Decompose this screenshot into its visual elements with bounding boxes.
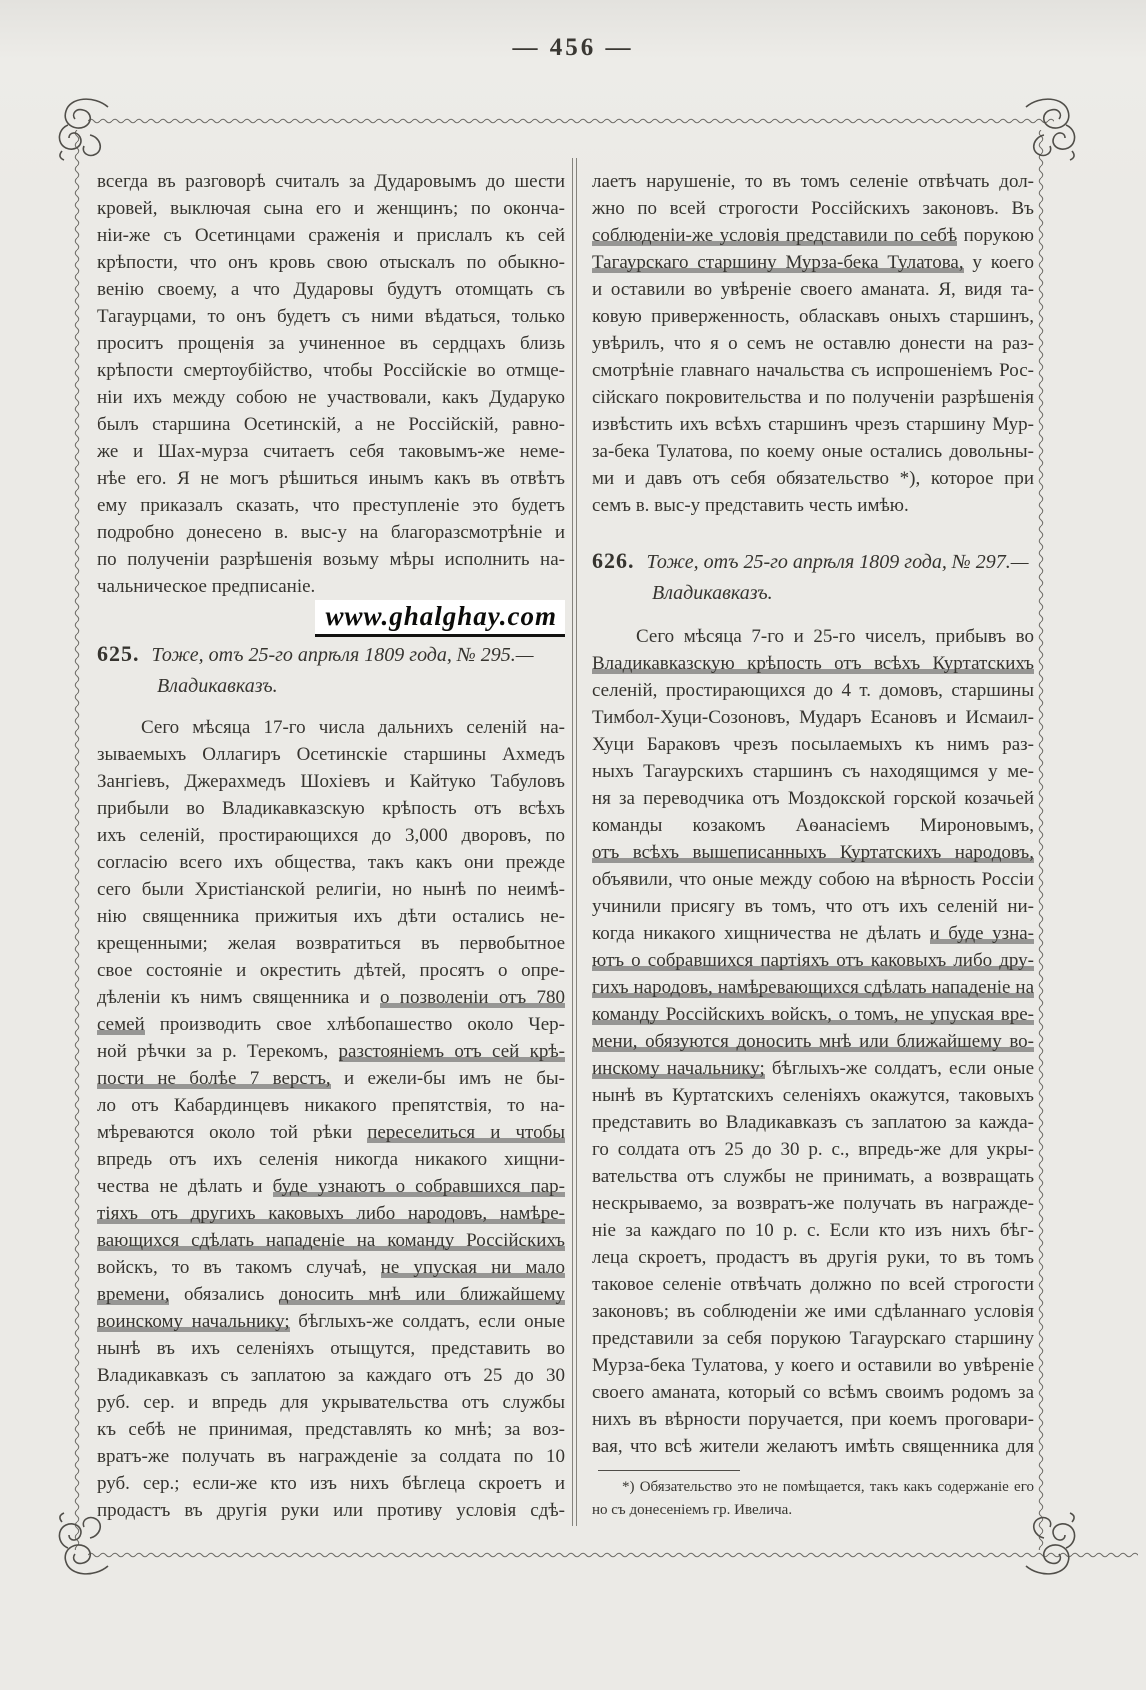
text-line: нескрываемо, за возвратъ-же получать въ … — [592, 1190, 1034, 1217]
section-number: 626. — [592, 548, 635, 573]
text-span: Зангіевъ, Джерахмедъ Шохіевъ и Кайтуко Т… — [97, 771, 565, 792]
pencil-underline-mark: отъ всѣхъ вышеписанныхъ Куртатскихъ наро… — [592, 842, 1034, 863]
text-span: впредь отъ ихъ селенія никогда никакого … — [97, 1149, 565, 1170]
pencil-underline-mark: ютъ о собравшихся партіяхъ отъ каковыхъ … — [592, 950, 1034, 971]
page-number: — 456 — — [0, 34, 1146, 62]
text-line: законовъ; въ соблюденіи же ими сдѣланнаг… — [592, 1298, 1034, 1325]
text-line: тіяхъ отъ другихъ каковыхъ либо народовъ… — [97, 1200, 565, 1227]
text-span: вательства отъ службы не принимать, а во… — [592, 1166, 1034, 1187]
text-line: сійскаго покровительства и по полученіи … — [592, 384, 1034, 411]
text-line: вательства отъ службы не принимать, а во… — [592, 1163, 1034, 1190]
text-line: ныхъ Тагаурскихъ старшинъ съ находящимся… — [592, 758, 1034, 785]
text-line: увѣрилъ, что я о семъ не оставлю донести… — [592, 330, 1034, 357]
text-span: чества не дѣлать и — [97, 1176, 273, 1197]
text-line: ня за переводчика отъ Моздокской горской… — [592, 785, 1034, 812]
text-line: леца скроетъ, продастъ въ другія руки, т… — [592, 1244, 1034, 1271]
section-place: Владикавказъ. — [592, 578, 1034, 609]
text-span: сего были Христіанской религіи, но нынѣ … — [97, 879, 565, 900]
column-divider — [572, 158, 577, 1526]
text-line: гихъ народовъ, намѣревающихся сдѣлать на… — [592, 974, 1034, 1001]
text-span: производить свое хлѣбопашество около Чер… — [145, 1014, 565, 1035]
text-span: нынѣ въ ихъ селеніяхъ отыщутся, представ… — [97, 1338, 565, 1359]
text-line: пости не болѣе 7 верстъ, и ежели-бы имъ … — [97, 1065, 565, 1092]
paragraph-continuation-right: лаетъ нарушеніе, то въ томъ селеніе отвѣ… — [592, 168, 1034, 519]
text-span: руб. сер. и впредь для укрывательства от… — [97, 1392, 565, 1413]
text-span: нихъ въ вѣрности поручается, при коемъ п… — [592, 1409, 1034, 1430]
text-line: представить во Владикавказъ съ заплатою … — [592, 1109, 1034, 1136]
text-span: Хуци Бараковъ чрезъ посылаемыхъ къ нимъ … — [592, 734, 1034, 755]
text-line: руб. сер.; если-же кто изъ нихъ бѣглеца … — [97, 1470, 565, 1497]
text-line: ніе за каждаго по 10 р. с. Если кто изъ … — [592, 1217, 1034, 1244]
text-line: извѣстить ихъ всѣхъ старшинъ чрезъ старш… — [592, 411, 1034, 438]
section-number: 625. — [97, 641, 140, 666]
text-span: учинили присягу въ томъ, что отъ ихъ сел… — [592, 896, 1034, 917]
text-line: дѣленіи къ нимъ священника и о позволені… — [97, 984, 565, 1011]
text-span: вратъ-же получать въ награжденіе за солд… — [97, 1446, 565, 1467]
text-line: Владикавказскую крѣпость отъ всѣхъ Курта… — [592, 650, 1034, 677]
pencil-underline-mark: мени, обязуются доносить мнѣ или ближайш… — [592, 1031, 1034, 1052]
text-line: Сего мѣсяца 17-го числа дальнихъ селеній… — [97, 714, 565, 741]
pencil-underline-mark: Тагаурскаго старшину Мурза-бека Тулатова… — [592, 252, 964, 273]
text-line: зываемыхъ Оллагиръ Осетинскіе старшины А… — [97, 741, 565, 768]
footnote-separator-rule — [598, 1470, 740, 1471]
text-span: но съ донесеніемъ гр. Ивелича. — [592, 1502, 792, 1518]
corner-flourish-icon — [1018, 95, 1080, 161]
text-line: за-бека Тулатова, по коему оные остались… — [592, 438, 1034, 465]
text-span: за-бека Тулатова, по коему оные остались… — [592, 441, 1034, 462]
paragraph-625-body: Сего мѣсяца 17-го числа дальнихъ селеній… — [97, 714, 565, 1524]
text-line: объявили, что оные между собою на вѣрнос… — [592, 866, 1034, 893]
text-line: семъ в. выс-у представить честь имѣю. — [592, 492, 1034, 519]
text-span: увѣрилъ, что я о семъ не оставлю донести… — [592, 333, 1034, 354]
text-span: ему приказалъ сказать, что преступленіе … — [97, 495, 565, 516]
text-span: нѣе его. Я не могъ рѣшиться инымъ какъ в… — [97, 468, 565, 489]
text-span: крѣпости смертоубійство, чтобы Россійскі… — [97, 360, 565, 381]
text-line: Тагаурскаго старшину Мурза-бека Тулатова… — [592, 249, 1034, 276]
text-span: у коего — [964, 252, 1034, 273]
text-line: но съ донесеніемъ гр. Ивелича. — [592, 1499, 1034, 1522]
text-span: Тимбол-Хуци-Созоновъ, Мударъ Есановъ и И… — [592, 707, 1034, 728]
pencil-underline-mark: воинскому начальнику; — [97, 1311, 290, 1332]
text-line: *) Обязательство это не помѣщается, такъ… — [592, 1476, 1034, 1499]
text-span: мѣреваются около той рѣки — [97, 1122, 367, 1143]
paragraph-626-body: Сего мѣсяца 7-го и 25-го чиселъ, прибывъ… — [592, 623, 1034, 1460]
text-span: леца скроетъ, продастъ въ другія руки, т… — [592, 1247, 1034, 1268]
text-line: войскъ, то въ такомъ случаѣ, не упуская … — [97, 1254, 565, 1281]
pencil-underline-mark: вающихся сдѣлать нападеніе на команду Ро… — [97, 1230, 565, 1251]
text-line: же и Шах-мурза считаетъ себя таковымъ-же… — [97, 438, 565, 465]
text-span: Мурза-бека Тулатова, у коего и оставили … — [592, 1355, 1034, 1376]
text-span: Владикавказъ съ заплатою за каждаго отъ … — [97, 1365, 565, 1386]
text-line: всегда въ разговорѣ считалъ за Дударовым… — [97, 168, 565, 195]
right-column: лаетъ нарушеніе, то въ томъ селеніе отвѣ… — [592, 168, 1034, 1522]
text-line: нію священника прижитыя ихъ дѣти осталис… — [97, 903, 565, 930]
text-span: жно по всей строгости Россійскихъ законо… — [592, 198, 1034, 219]
text-line: ніи-же съ Осетинцами сраженія и прислалъ… — [97, 222, 565, 249]
text-line: лаетъ нарушеніе, то въ томъ селеніе отвѣ… — [592, 168, 1034, 195]
text-span: объявили, что оные между собою на вѣрнос… — [592, 869, 1034, 890]
text-line: мени, обязуются доносить мнѣ или ближайш… — [592, 1028, 1034, 1055]
text-line: продастъ въ другія руки или противу усло… — [97, 1497, 565, 1524]
pencil-underline-mark: команду Россійскихъ войскъ, о томъ, не у… — [592, 1004, 1034, 1025]
section-title: Тоже, отъ 25-го апрѣля 1809 года, № 295.… — [152, 644, 534, 666]
text-line: крещенными; желая возвратиться въ первоб… — [97, 930, 565, 957]
text-span: дѣленіи къ нимъ священника и — [97, 987, 380, 1008]
text-span: и ежели-бы имъ не бы- — [331, 1068, 565, 1089]
text-line: согласію всего ихъ общества, такъ какъ о… — [97, 849, 565, 876]
text-span: по полученіи разрѣшенія возьму мѣры испо… — [97, 549, 565, 570]
text-line: ковую приверженность, обласкавъ оныхъ ст… — [592, 303, 1034, 330]
text-span: ніи-же съ Осетинцами сраженія и прислалъ… — [97, 225, 565, 246]
text-line: крѣпости, что онъ кровь свою отыскалъ по… — [97, 249, 565, 276]
text-line: нѣе его. Я не могъ рѣшиться инымъ какъ в… — [97, 465, 565, 492]
text-line: Владикавказъ съ заплатою за каждаго отъ … — [97, 1362, 565, 1389]
pencil-underline-mark: семей — [97, 1014, 145, 1035]
text-span: нію священника прижитыя ихъ дѣти осталис… — [97, 906, 565, 927]
text-span: крещенными; желая возвратиться въ первоб… — [97, 933, 565, 954]
pencil-underline-mark: о позволеніи отъ 780 — [380, 987, 565, 1008]
text-line: по полученіи разрѣшенія возьму мѣры испо… — [97, 546, 565, 573]
text-line: инскому начальнику; бѣглыхъ-же солдатъ, … — [592, 1055, 1034, 1082]
text-span: представить во Владикавказъ съ заплатою … — [592, 1112, 1034, 1133]
text-line: Тагаурцами, то онъ будетъ съ ними вѣдать… — [97, 303, 565, 330]
text-line: жно по всей строгости Россійскихъ законо… — [592, 195, 1034, 222]
text-span: кровей, выключая сына его и женщинъ; по … — [97, 198, 565, 219]
text-span: законовъ; въ соблюденіи же ими сдѣланнаг… — [592, 1301, 1034, 1322]
section-heading-625: 625.Тоже, отъ 25-го апрѣля 1809 года, № … — [97, 638, 565, 702]
text-span: бѣглыхъ-же солдатъ, если оные — [290, 1311, 565, 1332]
pencil-underline-mark: буде узнаютъ о собравшихся пар- — [273, 1176, 565, 1197]
text-span: селеній, простирающихся до 4 т. домовъ, … — [592, 680, 1034, 701]
text-line: селеній, простирающихся до 4 т. домовъ, … — [592, 677, 1034, 704]
text-span: го солдата отъ 25 до 30 р. с., впредь-же… — [592, 1139, 1034, 1160]
text-line: мѣреваются около той рѣки переселиться и… — [97, 1119, 565, 1146]
watermark-text: www.ghalghay.com — [315, 600, 565, 637]
text-line: нынѣ въ Куртатскихъ селеніяхъ окажутся, … — [592, 1082, 1034, 1109]
text-span: когда никакого хищничества не дѣлать — [592, 923, 930, 944]
text-span: ковую приверженность, обласкавъ оныхъ ст… — [592, 306, 1034, 327]
text-span: таковое селеніе отвѣчать должно по всей … — [592, 1274, 1034, 1295]
corner-flourish-icon — [54, 95, 116, 161]
text-span: команды козакомъ Аѳанасіемъ Мироновымъ, — [592, 815, 1034, 836]
text-span: ніи ихъ между собою не участвовали, какъ… — [97, 387, 565, 408]
text-span: Сего мѣсяца 17-го числа дальнихъ селеній… — [141, 717, 565, 738]
text-span: крѣпости, что онъ кровь свою отыскалъ по… — [97, 252, 565, 273]
text-span: прибыли во Владикавказскую крѣпость отъ … — [97, 798, 565, 819]
text-line: ихъ селеній, простирающихся до 3,000 дво… — [97, 822, 565, 849]
text-span: ло отъ Кабардинцевъ никакого препятствія… — [97, 1095, 565, 1116]
pencil-underline-mark: не упуская ни мало — [381, 1257, 565, 1278]
footnote: *) Обязательство это не помѣщается, такъ… — [592, 1476, 1034, 1522]
text-span: порукою — [957, 225, 1034, 246]
text-line: учинили присягу въ томъ, что отъ ихъ сел… — [592, 893, 1034, 920]
text-span: подробно донесено в. выс-у на благоразсм… — [97, 522, 565, 543]
left-column: всегда въ разговорѣ считалъ за Дударовым… — [97, 168, 565, 1524]
text-line: ніи ихъ между собою не участвовали, какъ… — [97, 384, 565, 411]
text-line: кровей, выключая сына его и женщинъ; по … — [97, 195, 565, 222]
watermark-row: www.ghalghay.com — [97, 600, 565, 636]
pencil-underline-mark: гихъ народовъ, намѣревающихся сдѣлать на… — [592, 977, 1034, 998]
text-span: всегда въ разговорѣ считалъ за Дударовым… — [97, 171, 565, 192]
text-span: ихъ селеній, простирающихся до 3,000 дво… — [97, 825, 565, 846]
section-heading-line: 626.Тоже, отъ 25-го апрѣля 1809 года, № … — [592, 545, 1034, 578]
text-line: ютъ о собравшихся партіяхъ отъ каковыхъ … — [592, 947, 1034, 974]
text-span: венію своему, а что Дударовы будутъ отом… — [97, 279, 565, 300]
text-line: Хуци Бараковъ чрезъ посылаемыхъ къ нимъ … — [592, 731, 1034, 758]
frame-border-left — [73, 130, 81, 1550]
text-line: впредь отъ ихъ селенія никогда никакого … — [97, 1146, 565, 1173]
scanned-book-page: — 456 — — [0, 0, 1146, 1690]
pencil-underline-mark: тіяхъ отъ другихъ каковыхъ либо народовъ… — [97, 1203, 565, 1224]
text-line: нынѣ въ ихъ селеніяхъ отыщутся, представ… — [97, 1335, 565, 1362]
text-line: ной рѣчки за р. Терекомъ, разстояніемъ о… — [97, 1038, 565, 1065]
text-line: го солдата отъ 25 до 30 р. с., впредь-же… — [592, 1136, 1034, 1163]
text-span: продастъ въ другія руки или противу усло… — [97, 1500, 565, 1521]
text-span: извѣстить ихъ всѣхъ старшинъ чрезъ старш… — [592, 414, 1034, 435]
text-span: же и Шах-мурза считаетъ себя таковымъ-же… — [97, 441, 565, 462]
text-line: нихъ въ вѣрности поручается, при коемъ п… — [592, 1406, 1034, 1433]
text-line: подробно донесено в. выс-у на благоразсм… — [97, 519, 565, 546]
pencil-underline-mark: соблюденіи-же условія представили по себ… — [592, 225, 957, 246]
frame-border-right — [1037, 130, 1045, 1550]
text-line: руб. сер. и впредь для укрывательства от… — [97, 1389, 565, 1416]
text-line: смотрѣніе главнаго начальства съ испроше… — [592, 357, 1034, 384]
text-span: ня за переводчика отъ Моздокской горской… — [592, 788, 1034, 809]
pencil-underline-mark: времени, — [97, 1284, 169, 1305]
section-heading-line: 625.Тоже, отъ 25-го апрѣля 1809 года, № … — [97, 638, 565, 671]
text-line: команду Россійскихъ войскъ, о томъ, не у… — [592, 1001, 1034, 1028]
text-line: проситъ прощенія за учиненное въ сердцах… — [97, 330, 565, 357]
text-span: свое состояніе и окрестить дѣтей, просят… — [97, 960, 565, 981]
text-span: лаетъ нарушеніе, то въ томъ селеніе отвѣ… — [592, 171, 1034, 192]
text-line: Мурза-бека Тулатова, у коего и оставили … — [592, 1352, 1034, 1379]
text-span: ной рѣчки за р. Терекомъ, — [97, 1041, 339, 1062]
text-line: сего были Христіанской религіи, но нынѣ … — [97, 876, 565, 903]
text-span: смотрѣніе главнаго начальства съ испроше… — [592, 360, 1034, 381]
text-span: проситъ прощенія за учиненное въ сердцах… — [97, 333, 565, 354]
text-line: представили за себя порукою Тагаурскаго … — [592, 1325, 1034, 1352]
section-heading-626: 626.Тоже, отъ 25-го апрѣля 1809 года, № … — [592, 545, 1034, 609]
text-span: ми и давъ отъ себя обязательство *), кот… — [592, 468, 1034, 489]
text-line: крѣпости смертоубійство, чтобы Россійскі… — [97, 357, 565, 384]
text-line: ми и давъ отъ себя обязательство *), кот… — [592, 465, 1034, 492]
text-span: согласію всего ихъ общества, такъ какъ о… — [97, 852, 565, 873]
text-line: былъ старшина Осетинскій, а не Россійскі… — [97, 411, 565, 438]
pencil-underline-mark: доносить мнѣ или ближайшему — [279, 1284, 565, 1305]
pencil-underline-mark: инскому начальнику; — [592, 1058, 765, 1079]
text-line: команды козакомъ Аѳанасіемъ Мироновымъ, … — [592, 812, 1034, 839]
text-span: семъ в. выс-у представить честь имѣю. — [592, 495, 909, 516]
pencil-underline-mark: переселиться и чтобы — [367, 1122, 565, 1143]
pencil-underline-mark: и буде узна- — [930, 923, 1034, 944]
pencil-underline-mark: Владикавказскую крѣпость отъ всѣхъ Курта… — [592, 653, 1034, 674]
text-span: и оставили во увѣреніе своего аманата. Я… — [592, 279, 1034, 300]
pencil-underline-mark: пости не болѣе 7 верстъ, — [97, 1068, 331, 1089]
text-span: вая, что всѣ жители желаютъ имѣть священ… — [592, 1436, 1034, 1457]
text-line: отъ всѣхъ вышеписанныхъ Куртатскихъ наро… — [592, 839, 1034, 866]
text-line: чества не дѣлать и буде узнаютъ о собрав… — [97, 1173, 565, 1200]
text-line: своего аманата, который со всѣмъ своимъ … — [592, 1379, 1034, 1406]
text-span: къ себѣ не принимая, представлять ко мнѣ… — [97, 1419, 565, 1440]
text-span: обязались — [169, 1284, 278, 1305]
text-line: времени, обязались доносить мнѣ или ближ… — [97, 1281, 565, 1308]
text-span: нынѣ въ Куртатскихъ селеніяхъ окажутся, … — [592, 1085, 1034, 1106]
text-line: и оставили во увѣреніе своего аманата. Я… — [592, 276, 1034, 303]
text-span: руб. сер.; если-же кто изъ нихъ бѣглеца … — [97, 1473, 565, 1494]
text-span: чальническое предписаніе. — [97, 576, 315, 597]
text-span: ныхъ Тагаурскихъ старшинъ съ находящимся… — [592, 761, 1034, 782]
text-line: вая, что всѣ жители желаютъ имѣть священ… — [592, 1433, 1034, 1460]
text-span: ніе за каждаго по 10 р. с. Если кто изъ … — [592, 1220, 1034, 1241]
text-span: Тагаурцами, то онъ будетъ съ ними вѣдать… — [97, 306, 565, 327]
text-line: Зангіевъ, Джерахмедъ Шохіевъ и Кайтуко Т… — [97, 768, 565, 795]
text-span: Сего мѣсяца 7-го и 25-го чиселъ, прибывъ… — [636, 626, 1034, 647]
text-span: былъ старшина Осетинскій, а не Россійскі… — [97, 414, 565, 435]
text-line: соблюденіи-же условія представили по себ… — [592, 222, 1034, 249]
text-line: къ себѣ не принимая, представлять ко мнѣ… — [97, 1416, 565, 1443]
pencil-underline-mark: разстояніемъ отъ сей крѣ- — [339, 1041, 565, 1062]
text-line: прибыли во Владикавказскую крѣпость отъ … — [97, 795, 565, 822]
text-span: зываемыхъ Оллагиръ Осетинскіе старшины А… — [97, 744, 565, 765]
text-span: представили за себя порукою Тагаурскаго … — [592, 1328, 1034, 1349]
text-span: своего аманата, который со всѣмъ своимъ … — [592, 1382, 1034, 1403]
text-line: Тимбол-Хуци-Созоновъ, Мударъ Есановъ и И… — [592, 704, 1034, 731]
text-line: Сего мѣсяца 7-го и 25-го чиселъ, прибывъ… — [592, 623, 1034, 650]
text-line: таковое селеніе отвѣчать должно по всей … — [592, 1271, 1034, 1298]
text-line: семей производить свое хлѣбопашество око… — [97, 1011, 565, 1038]
paragraph-continuation-left: всегда въ разговорѣ считалъ за Дударовым… — [97, 168, 565, 600]
section-title: Тоже, отъ 25-го апрѣля 1809 года, № 297.… — [647, 551, 1029, 573]
text-span: нескрываемо, за возвратъ-же получать въ … — [592, 1193, 1034, 1214]
text-span: бѣглыхъ-же солдатъ, если оные — [765, 1058, 1034, 1079]
text-line: вратъ-же получать въ награжденіе за солд… — [97, 1443, 565, 1470]
section-place: Владикавказъ. — [97, 671, 565, 702]
text-line: свое состояніе и окрестить дѣтей, просят… — [97, 957, 565, 984]
text-line: венію своему, а что Дударовы будутъ отом… — [97, 276, 565, 303]
frame-border-top — [88, 117, 1054, 125]
text-line: ло отъ Кабардинцевъ никакого препятствія… — [97, 1092, 565, 1119]
text-span: *) Обязательство это не помѣщается, такъ… — [592, 1479, 1034, 1499]
text-span: войскъ, то въ такомъ случаѣ, — [97, 1257, 381, 1278]
text-line: когда никакого хищничества не дѣлать и б… — [592, 920, 1034, 947]
text-line: вающихся сдѣлать нападеніе на команду Ро… — [97, 1227, 565, 1254]
frame-border-bottom — [88, 1551, 1138, 1559]
text-line: ему приказалъ сказать, что преступленіе … — [97, 492, 565, 519]
text-line: чальническое предписаніе. — [97, 573, 565, 600]
text-line: воинскому начальнику; бѣглыхъ-же солдатъ… — [97, 1308, 565, 1335]
text-span: сійскаго покровительства и по полученіи … — [592, 387, 1034, 408]
